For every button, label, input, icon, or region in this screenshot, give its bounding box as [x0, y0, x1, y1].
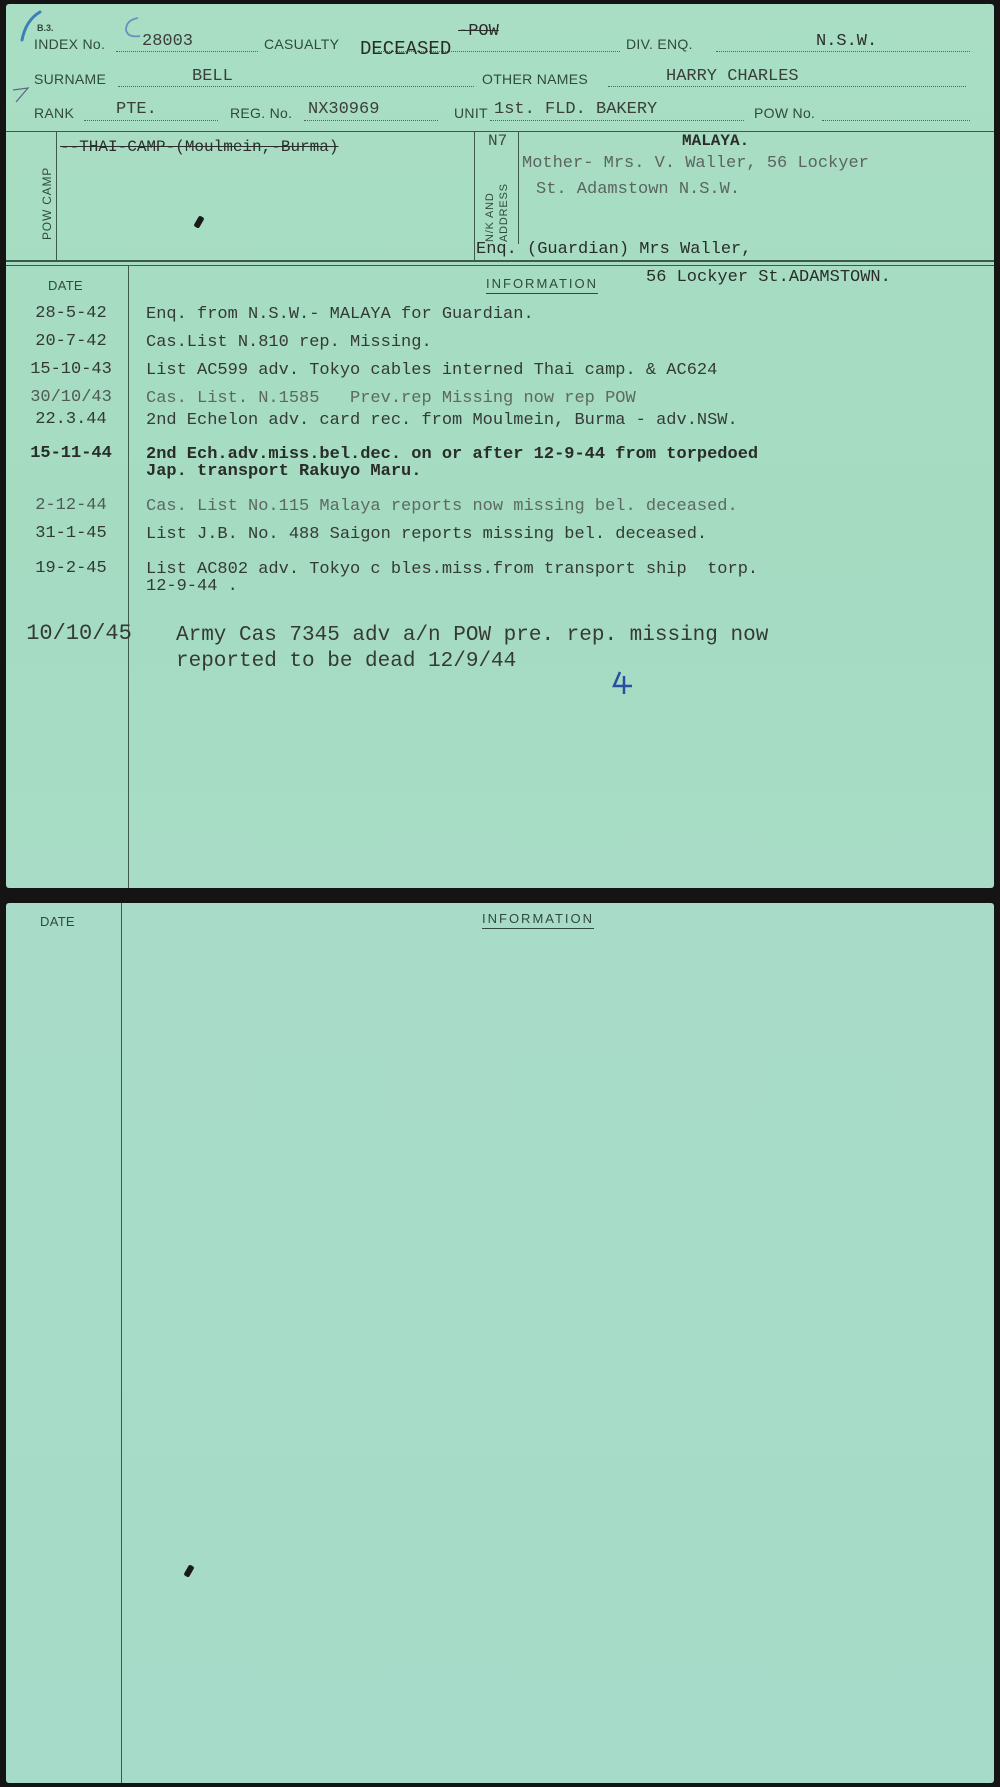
paper-speck — [183, 1564, 194, 1577]
nk-address-line1: Mother- Mrs. V. Waller, 56 Lockyer — [522, 154, 869, 173]
entry-date: 15-10-43 — [12, 360, 130, 379]
entry-information: List J.B. No. 488 Saigon reports missing… — [146, 526, 707, 544]
div-enq-dotted-line — [716, 51, 970, 52]
rank-label: RANK — [34, 105, 74, 121]
reg-no-dotted-line — [304, 120, 438, 121]
entry-information: Cas.List N.810 rep. Missing. — [146, 334, 432, 352]
table-top-rule-1 — [6, 260, 994, 262]
nk-right-divider — [518, 132, 519, 244]
nk-left-divider — [474, 132, 475, 260]
nk-region: MALAYA. — [682, 132, 749, 150]
back-information-header: INFORMATION — [482, 911, 594, 929]
pow-no-dotted-line — [822, 120, 970, 121]
rank-dotted-line — [84, 120, 218, 121]
paper-speck — [193, 215, 204, 228]
other-names-dotted-line — [608, 86, 966, 87]
casualty-label: CASUALTY — [264, 36, 339, 52]
pen-c-mark — [120, 14, 144, 42]
entry-date: 28-5-42 — [12, 304, 130, 323]
index-value: 28003 — [142, 32, 193, 51]
entry-date: 19-2-45 — [12, 559, 130, 578]
unit-label: UNIT — [454, 105, 488, 121]
surname-dotted-line — [118, 86, 474, 87]
pow-camp-divider — [56, 132, 57, 260]
index-dotted-line — [116, 51, 258, 52]
nk-address-line2: St. Adamstown N.S.W. — [536, 180, 740, 199]
other-names-value: HARRY CHARLES — [666, 67, 799, 86]
entry-date: 15-11-44 — [12, 444, 130, 463]
div-enq-value: N.S.W. — [816, 32, 877, 51]
index-label: INDEX No. — [34, 36, 105, 52]
form-code: B.3. — [37, 23, 54, 33]
surname-value: BELL — [192, 67, 233, 86]
pen-scribble-mark — [10, 84, 34, 108]
information-header: INFORMATION — [486, 276, 598, 294]
reg-no-value: NX30969 — [308, 100, 379, 119]
entry-information: 2nd Ech.adv.miss.bel.dec. on or after 12… — [146, 446, 758, 480]
rank-value: PTE. — [116, 100, 157, 119]
surname-label: SURNAME — [34, 71, 106, 87]
record-card-back: DATE INFORMATION — [6, 903, 994, 1783]
entry-date: 31-1-45 — [12, 524, 130, 543]
nk-label-line2: ADDRESS — [498, 183, 510, 242]
back-date-header: DATE — [40, 914, 75, 929]
nk-label-line1: N/K AND — [484, 192, 496, 242]
pow-camp-label: POW CAMP — [40, 167, 54, 240]
reg-no-label: REG. No. — [230, 105, 292, 121]
entry-information: Army Cas 7345 adv a/n POW pre. rep. miss… — [176, 623, 768, 675]
entry-date: 30/10/43 — [12, 388, 130, 407]
date-header: DATE — [48, 278, 83, 293]
other-names-label: OTHER NAMES — [482, 71, 588, 87]
casualty-struck-value: -POW — [458, 22, 499, 41]
nk-code: N7 — [488, 132, 507, 150]
entry-information: List AC599 adv. Tokyo cables interned Th… — [146, 362, 717, 380]
entry-information: 2nd Echelon adv. card rec. from Moulmein… — [146, 412, 738, 430]
entry-information: Cas. List. N.1585 Prev.rep Missing now r… — [146, 390, 636, 408]
nk-enquiry-line1: Enq. (Guardian) Mrs Waller, — [476, 240, 751, 259]
record-card-front: B.3. INDEX No. 28003 CASUALTY -POW DECEA… — [6, 4, 994, 888]
nk-enquiry-line2: 56 Lockyer St.ADAMSTOWN. — [646, 268, 891, 287]
unit-value: 1st. FLD. BAKERY — [494, 100, 657, 119]
pow-camp-value: --THAI-CAMP-(Moulmein,-Burma) — [60, 138, 338, 156]
entry-date: 22.3.44 — [12, 410, 130, 429]
pen-correction-mark — [610, 668, 640, 698]
table-top-rule-2 — [6, 265, 994, 266]
casualty-value: DECEASED — [360, 38, 451, 60]
entry-date: 10/10/45 — [14, 621, 144, 646]
entry-information: Enq. from N.S.W.- MALAYA for Guardian. — [146, 306, 534, 324]
unit-dotted-line — [490, 120, 744, 121]
entry-date: 2-12-44 — [12, 496, 130, 515]
div-enq-label: DIV. ENQ. — [626, 36, 693, 52]
pow-no-label: POW No. — [754, 105, 815, 121]
entry-date: 20-7-42 — [12, 332, 130, 351]
entry-information: Cas. List No.115 Malaya reports now miss… — [146, 498, 738, 516]
entry-information: List AC802 adv. Tokyo c bles.miss.from t… — [146, 561, 758, 595]
back-date-column-divider — [121, 903, 122, 1783]
